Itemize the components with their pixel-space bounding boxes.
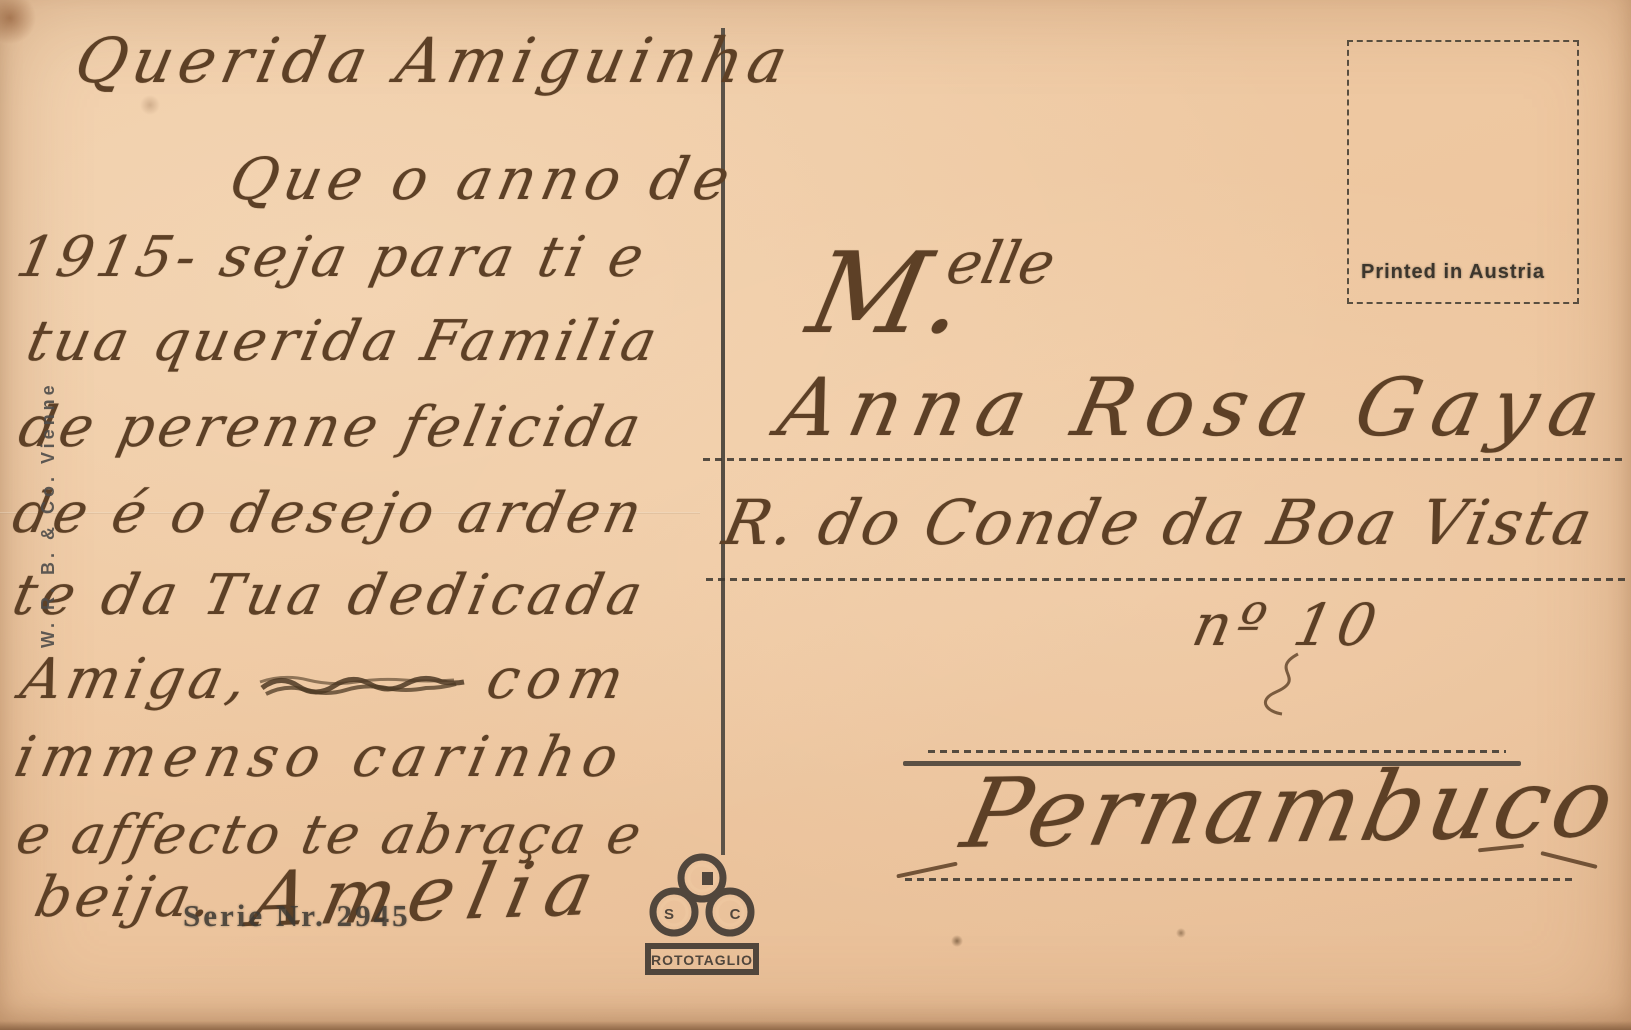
printed-in-austria-label: Printed in Austria — [1361, 261, 1545, 284]
message-line-8-prefix: Amiga, — [16, 652, 256, 708]
address-street: R. do Conde da Boa Vista — [718, 492, 1600, 554]
message-line-9: immenso carinho — [10, 730, 631, 786]
paper-edge-shadow — [0, 1021, 1631, 1030]
message-line-5: de perenne felicida — [14, 400, 649, 456]
address-ruled-line-3 — [905, 878, 1577, 881]
message-line-1: Querida Amiguinha — [70, 30, 798, 92]
address-ruled-line-1 — [703, 458, 1625, 461]
pen-stroke-left — [896, 862, 957, 879]
logo-letter-right: C — [730, 906, 741, 923]
message-line-2: Que o anno de — [225, 150, 740, 208]
salutation-elle: elle — [942, 234, 1060, 292]
publisher-imprint: W. R. B. & Co. Vienne — [38, 381, 59, 648]
message-line-6: de é o desejo arden — [8, 486, 650, 542]
address-number: nº 10 — [1188, 596, 1387, 654]
message-line-4: tua querida Familia — [22, 314, 665, 370]
address-name: Anna Rosa Gaya — [772, 368, 1618, 448]
pen-flourish — [1238, 652, 1318, 718]
message-line-7: te da Tua dedicada — [8, 568, 652, 624]
serie-number: Serie Nr. 2945 — [183, 898, 411, 934]
address-city: Pernambuco — [955, 755, 1626, 862]
message-line-3: 1915- seja para ti e — [12, 230, 652, 286]
stamp-box: Printed in Austria — [1347, 40, 1579, 304]
message-line-8-suffix: com — [482, 652, 636, 708]
logo-banner: ROTOTAGLIO — [651, 952, 753, 968]
postcard-back: Querida Amiguinha Que o anno de 1915- se… — [0, 0, 1631, 1030]
address-ruled-line-2 — [706, 578, 1626, 581]
rototaglio-logo-icon: S C ROTOTAGLIO — [636, 850, 768, 980]
scribble-strikethrough — [258, 664, 468, 708]
logo-letter-left: S — [664, 906, 674, 923]
